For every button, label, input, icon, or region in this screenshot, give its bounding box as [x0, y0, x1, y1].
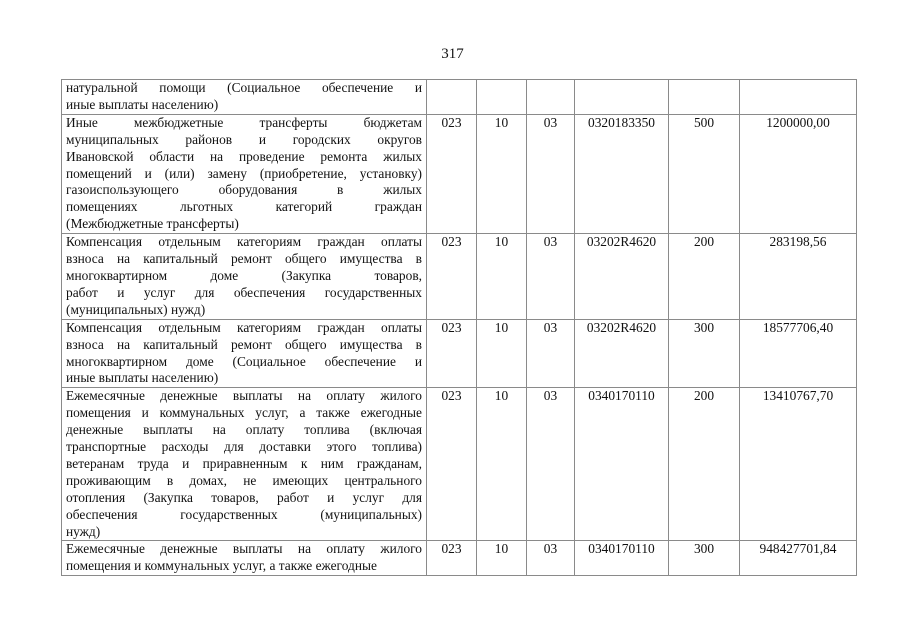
description-line: иные выплаты населению)	[66, 370, 422, 387]
grbs-code-cell: 023	[427, 388, 477, 541]
subsection-code-cell: 03	[527, 541, 575, 576]
description-line: Иные межбюджетные трансферты бюджетам	[66, 115, 422, 132]
expense-type-cell: 500	[669, 114, 740, 233]
description-line: (муниципальных) нужд)	[66, 302, 422, 319]
amount-cell	[740, 80, 857, 115]
description-line: Ивановской области на проведение ремонта…	[66, 149, 422, 166]
description-line: натуральной помощи (Социальное обеспечен…	[66, 80, 422, 97]
target-article-cell: 03202R4620	[575, 234, 669, 320]
description-cell: Ежемесячные денежные выплаты на оплату ж…	[62, 388, 427, 541]
description-line: обеспечения государственных (муниципальн…	[66, 507, 422, 524]
section-code-cell: 10	[477, 541, 527, 576]
description-line: Компенсация отдельным категориям граждан…	[66, 234, 422, 251]
subsection-code-cell: 03	[527, 234, 575, 320]
section-code-cell: 10	[477, 114, 527, 233]
description-line: помещения и коммунальных услуг, а также …	[66, 558, 422, 575]
section-code-cell: 10	[477, 234, 527, 320]
table-row: натуральной помощи (Социальное обеспечен…	[62, 80, 857, 115]
description-cell: Компенсация отдельным категориям граждан…	[62, 234, 427, 320]
amount-cell: 1200000,00	[740, 114, 857, 233]
amount-cell: 18577706,40	[740, 319, 857, 388]
grbs-code-cell: 023	[427, 234, 477, 320]
target-article-cell	[575, 80, 669, 115]
description-line: газоиспользующего оборудования в жилых	[66, 182, 422, 199]
description-line: помещений и (или) замену (приобретение, …	[66, 166, 422, 183]
subsection-code-cell: 03	[527, 114, 575, 233]
description-line: ветеранам труда и приравненным к ним гра…	[66, 456, 422, 473]
description-line: денежные выплаты на оплату топлива (вклю…	[66, 422, 422, 439]
section-code-cell	[477, 80, 527, 115]
description-line: нужд)	[66, 524, 422, 541]
budget-table: натуральной помощи (Социальное обеспечен…	[61, 79, 857, 576]
target-article-cell: 0340170110	[575, 541, 669, 576]
description-line: Ежемесячные денежные выплаты на оплату ж…	[66, 541, 422, 558]
subsection-code-cell: 03	[527, 319, 575, 388]
target-article-cell: 0320183350	[575, 114, 669, 233]
description-line: (Межбюджетные трансферты)	[66, 216, 422, 233]
expense-type-cell: 200	[669, 388, 740, 541]
grbs-code-cell: 023	[427, 541, 477, 576]
expense-type-cell: 300	[669, 541, 740, 576]
description-cell: Компенсация отдельным категориям граждан…	[62, 319, 427, 388]
section-code-cell: 10	[477, 319, 527, 388]
table-row: Компенсация отдельным категориям граждан…	[62, 234, 857, 320]
description-line: помещениях льготных категорий граждан	[66, 199, 422, 216]
target-article-cell: 03202R4620	[575, 319, 669, 388]
description-line: Ежемесячные денежные выплаты на оплату ж…	[66, 388, 422, 405]
grbs-code-cell	[427, 80, 477, 115]
description-line: отопления (Закупка товаров, работ и услу…	[66, 490, 422, 507]
table-row: Ежемесячные денежные выплаты на оплату ж…	[62, 388, 857, 541]
description-line: взноса на капитальный ремонт общего имущ…	[66, 337, 422, 354]
description-line: транспортные расходы для доставки этого …	[66, 439, 422, 456]
description-line: работ и услуг для обеспечения государств…	[66, 285, 422, 302]
grbs-code-cell: 023	[427, 114, 477, 233]
amount-cell: 13410767,70	[740, 388, 857, 541]
table-row: Ежемесячные денежные выплаты на оплату ж…	[62, 541, 857, 576]
description-line: иные выплаты населению)	[66, 97, 422, 114]
description-line: многоквартирном доме (Закупка товаров,	[66, 268, 422, 285]
expense-type-cell: 200	[669, 234, 740, 320]
description-cell: натуральной помощи (Социальное обеспечен…	[62, 80, 427, 115]
table-row: Компенсация отдельным категориям граждан…	[62, 319, 857, 388]
description-line: проживающим в домах, не имеющих централь…	[66, 473, 422, 490]
description-line: Компенсация отдельным категориям граждан…	[66, 320, 422, 337]
table-row: Иные межбюджетные трансферты бюджетаммун…	[62, 114, 857, 233]
section-code-cell: 10	[477, 388, 527, 541]
description-line: многоквартирном доме (Социальное обеспеч…	[66, 354, 422, 371]
expense-type-cell: 300	[669, 319, 740, 388]
subsection-code-cell	[527, 80, 575, 115]
amount-cell: 283198,56	[740, 234, 857, 320]
description-line: взноса на капитальный ремонт общего имущ…	[66, 251, 422, 268]
expense-type-cell	[669, 80, 740, 115]
description-cell: Ежемесячные денежные выплаты на оплату ж…	[62, 541, 427, 576]
description-line: муниципальных районов и городских округо…	[66, 132, 422, 149]
description-line: помещения и коммунальных услуг, а также …	[66, 405, 422, 422]
target-article-cell: 0340170110	[575, 388, 669, 541]
subsection-code-cell: 03	[527, 388, 575, 541]
description-cell: Иные межбюджетные трансферты бюджетаммун…	[62, 114, 427, 233]
grbs-code-cell: 023	[427, 319, 477, 388]
amount-cell: 948427701,84	[740, 541, 857, 576]
page-number: 317	[0, 46, 905, 63]
